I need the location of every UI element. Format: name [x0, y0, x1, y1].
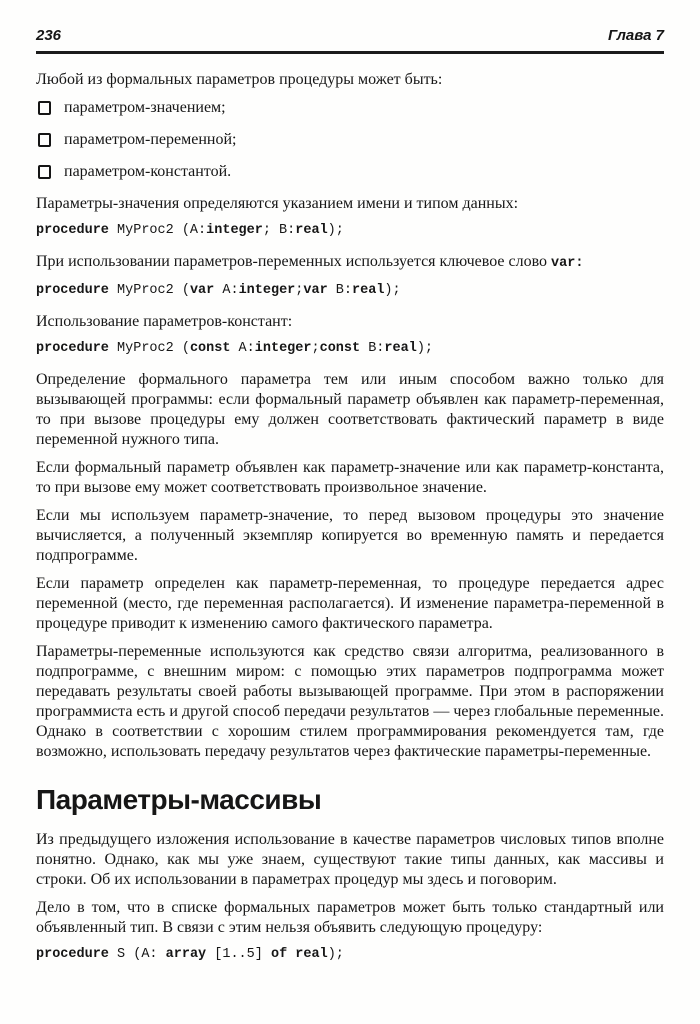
checkbox-bullet-icon [38, 165, 51, 179]
bullet-item-variable: параметром-переменной; [36, 130, 664, 150]
page-header: 236 Глава 7 [36, 26, 664, 54]
const-intro-paragraph: Использование параметров-констант: [36, 312, 664, 332]
page-number: 236 [36, 26, 61, 46]
code-line-value-params: procedure MyProc2 (A:integer; B:real); [36, 222, 664, 240]
paragraph-value-const: Если формальный параметр объявлен как па… [36, 458, 664, 498]
code-line-const-params: procedure MyProc2 (const A:integer;const… [36, 340, 664, 358]
values-intro-paragraph: Параметры-значения определяются указание… [36, 194, 664, 214]
paragraph-var-address: Если параметр определен как параметр-пер… [36, 574, 664, 634]
paragraph-arrays-intro: Из предыдущего изложения использование в… [36, 830, 664, 890]
bullet-item-value: параметром-значением; [36, 98, 664, 118]
paragraph-value-copy: Если мы используем параметр-значение, то… [36, 506, 664, 566]
code-line-var-params: procedure MyProc2 (var A:integer;var B:r… [36, 282, 664, 300]
bullet-item-constant: параметром-константой. [36, 162, 664, 182]
bullet-label: параметром-значением; [64, 98, 226, 118]
section-heading-parameter-arrays: Параметры-массивы [36, 784, 664, 816]
chapter-title: Глава 7 [608, 26, 664, 46]
book-page: 236 Глава 7 Любой из формальных параметр… [0, 0, 700, 1024]
bullet-label: параметром-константой. [64, 162, 231, 182]
paragraph-var-usage: Параметры-переменные используются как ср… [36, 642, 664, 762]
intro-paragraph: Любой из формальных параметров процедуры… [36, 70, 664, 90]
var-intro-paragraph: При использовании параметров-переменных … [36, 252, 664, 274]
checkbox-bullet-icon [38, 133, 51, 147]
code-line-array-param: procedure S (A: array [1..5] of real); [36, 946, 664, 964]
bullet-label: параметром-переменной; [64, 130, 236, 150]
paragraph-definition: Определение формального параметра тем ил… [36, 370, 664, 450]
checkbox-bullet-icon [38, 101, 51, 115]
paragraph-arrays-rule: Дело в том, что в списке формальных пара… [36, 898, 664, 938]
